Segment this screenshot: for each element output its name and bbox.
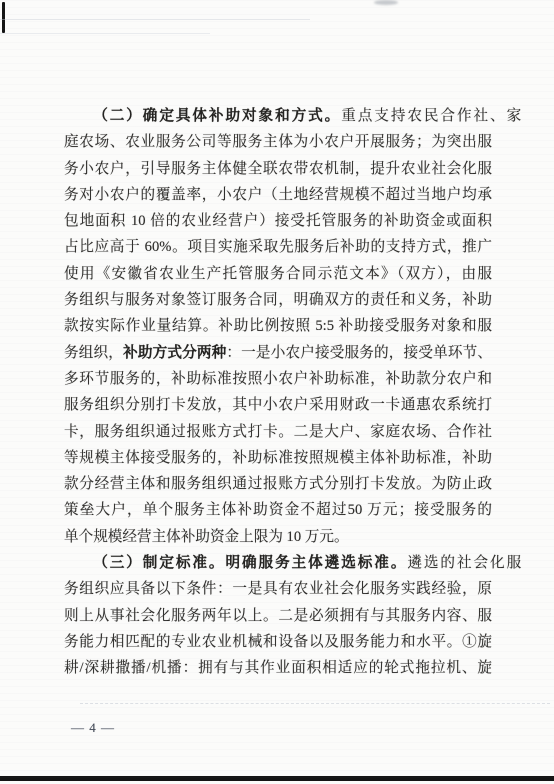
body-text: 包地面积 10 倍的农业经营户）接受托管服务的补助资金或面积 — [64, 213, 492, 229]
body-text: ：一是小农户接受服务的，接受单环节、 — [226, 345, 492, 361]
text-line: 务组织与服务对象签订服务合同，明确双方的责任和义务，补助 — [64, 287, 492, 313]
body-text: 占比应高于 60%。项目实施采取先服务后补助的支持方式，推广 — [64, 239, 492, 255]
body-text: 等规模主体接受服务的，补助标准按照规模主体补助标准，补助 — [64, 450, 492, 466]
body-text: 耕/深耕撒播/机播：拥有与其作业面积相适应的轮式拖拉机、旋 — [64, 660, 492, 676]
scan-streak — [0, 33, 210, 34]
text-line: 占比应高于 60%。项目实施采取先服务后补助的支持方式，推广 — [64, 234, 492, 260]
body-text: 款分经营主体和服务组织通过报账方式分别打卡发放。为防止政 — [64, 476, 492, 492]
emphasis-text: （二）确定具体补助对象和方式。 — [93, 108, 341, 124]
body-text: 务组织与服务对象签订服务合同，明确双方的责任和义务，补助 — [64, 292, 492, 308]
body-text: 则上从事社会化服务两年以上。二是必须拥有与其服务内容、服 — [64, 608, 492, 624]
text-line: 使用《安徽省农业生产托管服务合同示范文本》（双方），由服 — [64, 261, 492, 287]
text-line: 耕/深耕撒播/机播：拥有与其作业面积相适应的轮式拖拉机、旋 — [64, 655, 492, 681]
scan-streak — [0, 19, 310, 20]
scan-artifact-left-edge — [2, 2, 5, 33]
body-text: 务组织， — [64, 345, 123, 361]
document-page: （二）确定具体补助对象和方式。重点支持农民合作社、家庭农场、农业服务公司等服务主… — [0, 0, 554, 784]
body-text: 多环节服务的，补助标准按照小农户补助标准，补助款分农户和 — [64, 371, 492, 387]
body-text: 策垒大户，单个服务主体补助资金不超过50 万元；接受服务的 — [64, 502, 492, 518]
body-text: 务小农户，引导服务主体健全联农带农机制，提升农业社会化服 — [64, 161, 492, 177]
text-line: 务组织应具备以下条件：一是具有农业社会化服务实践经验，原 — [64, 576, 492, 602]
body-text: 务组织应具备以下条件：一是具有农业社会化服务实践经验，原 — [64, 581, 492, 597]
body-text: 遴选的社会化服 — [407, 555, 521, 571]
body-text: 务对小农户的覆盖率，小农户（土地经营规模不超过当地户均承 — [64, 187, 492, 203]
text-line: 务小农户，引导服务主体健全联农带农机制，提升农业社会化服 — [64, 156, 492, 182]
text-line: （二）确定具体补助对象和方式。重点支持农民合作社、家 — [64, 103, 521, 129]
body-text: 重点支持农民合作社、家 — [341, 108, 521, 124]
emphasis-text: 补助方式分两种 — [123, 345, 226, 361]
scan-streak — [80, 703, 550, 704]
text-line: 务能力相匹配的专业农业机械和设备以及服务能力和水平。①旋 — [64, 629, 492, 655]
body-text: 使用《安徽省农业生产托管服务合同示范文本》（双方），由服 — [64, 266, 492, 282]
emphasis-text: （三）制定标准。明确服务主体遴选标准。 — [93, 555, 407, 571]
body-text: 款按实际作业量结算。补助比例按照 5:5 补助接受服务对象和服 — [64, 318, 492, 334]
scan-artifact-top-smudge — [374, 0, 398, 5]
body-text: 庭农场、农业服务公司等服务主体为小农户开展服务；为突出服 — [64, 134, 492, 150]
body-text: 单个规模经营主体补助资金上限为 10 万元。 — [64, 529, 349, 545]
text-line: 等规模主体接受服务的，补助标准按照规模主体补助标准，补助 — [64, 445, 492, 471]
body-text: 务能力相匹配的专业农业机械和设备以及服务能力和水平。①旋 — [64, 634, 492, 650]
text-line: （三）制定标准。明确服务主体遴选标准。遴选的社会化服 — [64, 550, 521, 576]
text-line: 务组织，补助方式分两种：一是小农户接受服务的，接受单环节、 — [64, 340, 492, 366]
scan-artifact-bottom-edge — [0, 776, 554, 781]
text-line: 庭农场、农业服务公司等服务主体为小农户开展服务；为突出服 — [64, 129, 492, 155]
text-line: 单个规模经营主体补助资金上限为 10 万元。 — [64, 524, 492, 550]
text-line: 包地面积 10 倍的农业经营户）接受托管服务的补助资金或面积 — [64, 208, 492, 234]
text-line: 务对小农户的覆盖率，小农户（土地经营规模不超过当地户均承 — [64, 182, 492, 208]
text-line: 卡，服务组织通过报账方式打卡。二是大户、家庭农场、合作社 — [64, 419, 492, 445]
text-line: 多环节服务的，补助标准按照小农户补助标准，补助款分农户和 — [64, 366, 492, 392]
text-line: 款分经营主体和服务组织通过报账方式分别打卡发放。为防止政 — [64, 471, 492, 497]
text-line: 款按实际作业量结算。补助比例按照 5:5 补助接受服务对象和服 — [64, 313, 492, 339]
page-number: — 4 — — [71, 720, 115, 736]
text-line: 服务组织分别打卡发放，其中小农户采用财政一卡通惠农系统打 — [64, 392, 492, 418]
body-text: 卡，服务组织通过报账方式打卡。二是大户、家庭农场、合作社 — [64, 424, 492, 440]
document-body: （二）确定具体补助对象和方式。重点支持农民合作社、家庭农场、农业服务公司等服务主… — [64, 103, 492, 682]
text-line: 则上从事社会化服务两年以上。二是必须拥有与其服务内容、服 — [64, 603, 492, 629]
text-line: 策垒大户，单个服务主体补助资金不超过50 万元；接受服务的 — [64, 497, 492, 523]
body-text: 服务组织分别打卡发放，其中小农户采用财政一卡通惠农系统打 — [64, 397, 492, 413]
